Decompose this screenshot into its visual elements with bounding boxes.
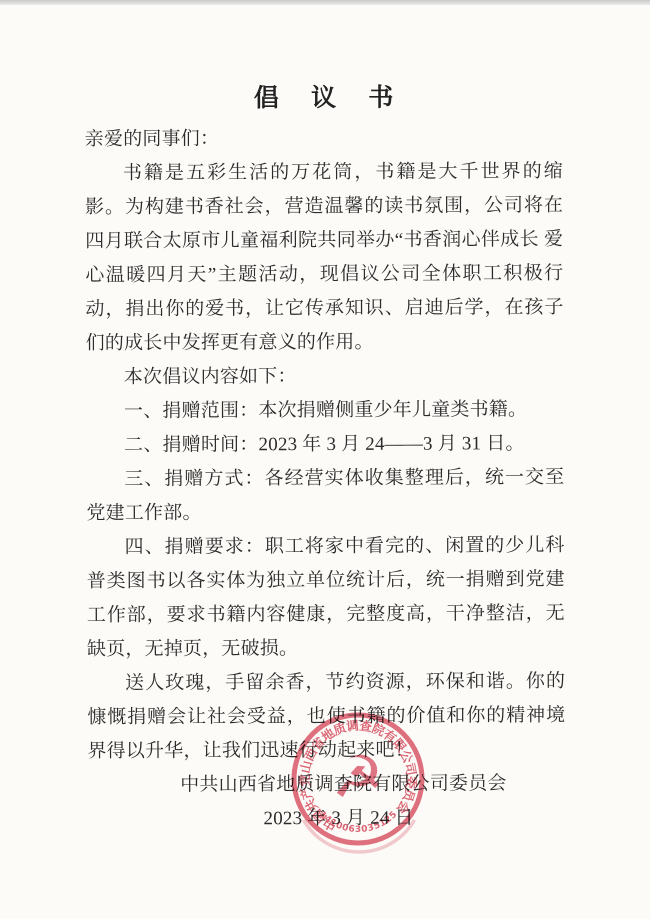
greeting-line: 亲爱的同事们： (85, 121, 563, 157)
scanned-document-page: 倡 议 书 亲爱的同事们： 书籍是五彩生活的万花筒，书籍是大千世界的缩影。为构建… (0, 0, 650, 919)
content-intro-line: 本次倡议内容如下： (86, 359, 564, 395)
document-body: 亲爱的同事们： 书籍是五彩生活的万花筒，书籍是大千世界的缩影。为构建书香社会，营… (85, 121, 566, 837)
document-content: 倡 议 书 亲爱的同事们： 书籍是五彩生活的万花筒，书籍是大千世界的缩影。为构建… (84, 0, 566, 837)
list-item-donation-requirements: 四、捐赠要求：职工将家中看完的、闲置的少儿科普类图书以各实体为独立单位统计后，统… (86, 529, 565, 667)
intro-paragraph: 书籍是五彩生活的万花筒，书籍是大千世界的缩影。为构建书香社会，营造温馨的读书氛围… (85, 155, 564, 361)
list-item-donation-scope: 一、捐赠范围：本次捐赠侧重少年儿童类书籍。 (86, 393, 564, 429)
document-date: 2023 年 3 月 24 日 (88, 801, 566, 837)
list-item-donation-time: 二、捐赠时间：2023 年 3 月 24——3 月 31 日。 (86, 427, 564, 463)
signature-committee: 中共山西省地质调查院有限公司委员会 (88, 767, 566, 803)
list-item-donation-method: 三、捐赠方式：各经营实体收集整理后，统一交至党建工作部。 (86, 461, 564, 531)
document-title: 倡 议 书 (85, 83, 563, 115)
closing-paragraph: 送人玫瑰，手留余香，节约资源，环保和谐。你的慷慨捐赠会让社会受益，也使书籍的价值… (87, 665, 565, 769)
